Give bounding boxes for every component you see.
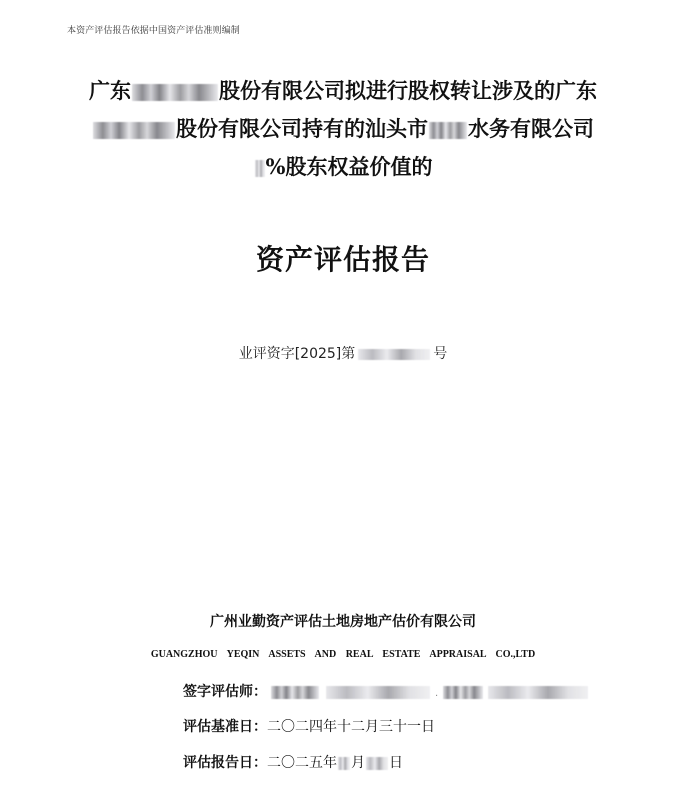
redacted-appraiser-id-2 [488,686,588,699]
appraiser-separator: . [435,688,438,699]
report-number-prefix: 业评资字[2025]第 [239,346,356,362]
redacted-report-day [366,757,388,770]
redacted-company-name [132,84,218,101]
report-date-year: 二〇二五年 [267,755,337,771]
company-name-en: GUANGZHOU YEQIN ASSETS AND REAL ESTATE A… [0,649,686,660]
title-line-2-middle: 股份有限公司持有的汕头市 [176,116,428,141]
title-line-1-prefix: 广东 [89,78,131,103]
title-line-3: %股东权益价值的 [0,148,686,186]
base-date-row: 评估基准日：二〇二四年十二月三十一日 [183,716,435,736]
base-date-value: 二〇二四年十二月三十一日 [267,719,435,735]
appraiser-row: 签字评估师：. [183,681,589,701]
report-number: 业评资字[2025]第号 [0,343,686,363]
redacted-percentage [255,160,265,177]
header-note: 本资产评估报告依据中国资产评估准则编制 [67,23,240,36]
report-date-row: 评估报告日：二〇二五年月日 [183,752,403,772]
title-line-2-suffix: 水务有限公司 [468,116,594,141]
title-line-2: 股份有限公司持有的汕头市水务有限公司 [0,110,686,148]
redacted-report-number [358,349,430,360]
appraiser-label: 签字评估师： [183,684,267,700]
report-title: 资产评估报告 [0,238,686,278]
redacted-appraiser-id-1 [326,686,430,699]
title-line-1: 广东股份有限公司拟进行股权转让涉及的广东 [0,72,686,110]
document-title: 广东股份有限公司拟进行股权转让涉及的广东 股份有限公司持有的汕头市水务有限公司 … [0,72,686,186]
report-date-day-unit: 日 [389,755,403,771]
report-number-suffix: 号 [433,346,447,362]
redacted-subsidiary-name [429,122,467,139]
base-date-label: 评估基准日： [183,719,267,735]
document-page: 本资产评估报告依据中国资产评估准则编制 广东股份有限公司拟进行股权转让涉及的广东… [0,0,686,796]
redacted-company-name [93,122,175,139]
title-line-1-suffix: 股份有限公司拟进行股权转让涉及的广东 [219,78,597,103]
title-line-3-suffix: %股东权益价值的 [266,154,433,179]
redacted-appraiser-name-1 [271,686,319,699]
redacted-appraiser-name-2 [443,686,483,699]
report-date-label: 评估报告日： [183,755,267,771]
report-date-month-unit: 月 [351,755,365,771]
company-name-cn: 广州业勤资产评估土地房地产估价有限公司 [0,611,686,631]
redacted-report-month [338,757,350,770]
